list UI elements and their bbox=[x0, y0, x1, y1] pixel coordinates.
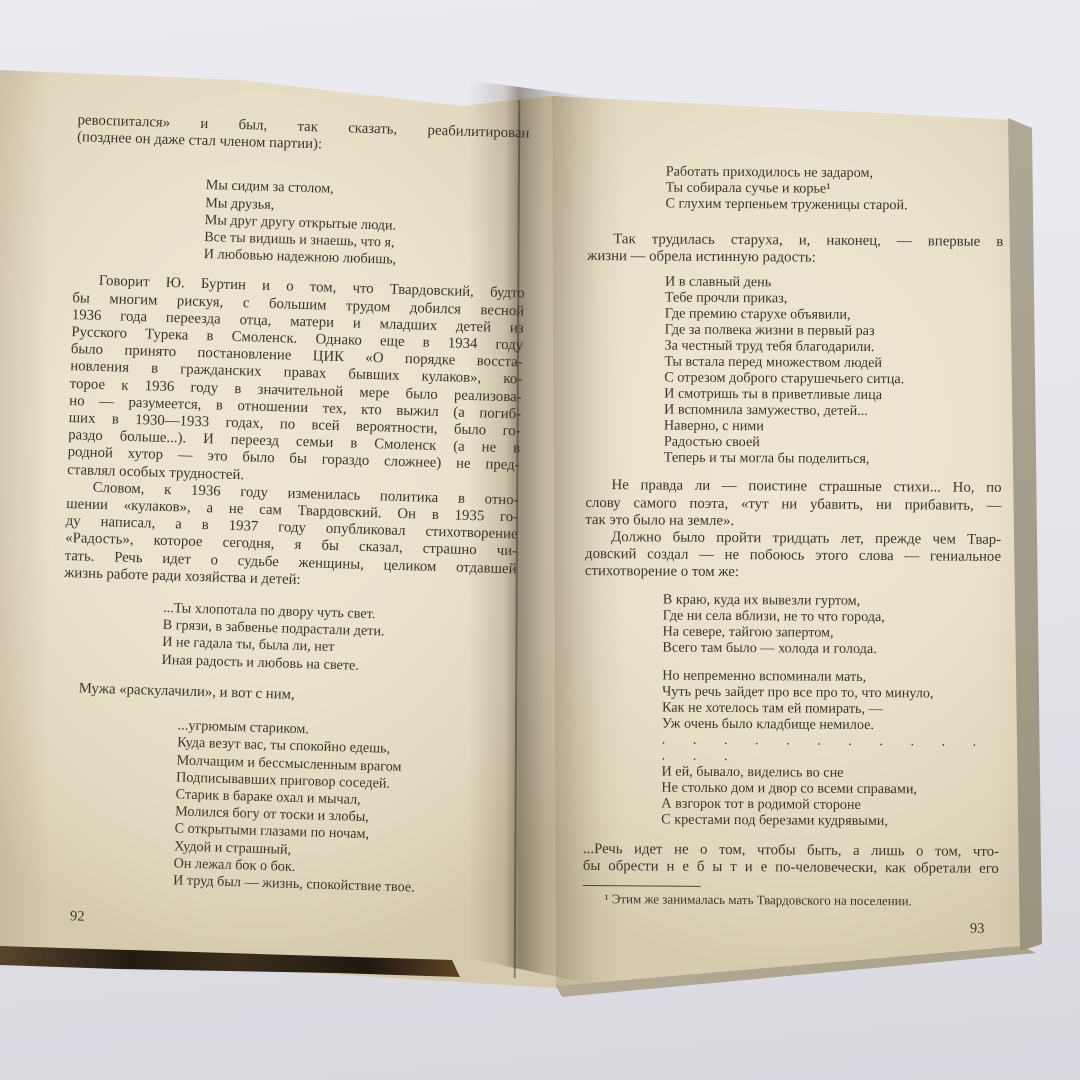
verse-line: Чуть речь зайдет про все про то, что мин… bbox=[662, 683, 1000, 701]
verse-line: Как не хотелось там ей помирать, — bbox=[662, 699, 1000, 717]
left-paragraph-2: Словом, к 1936 году изменилась политика … bbox=[64, 479, 519, 596]
right-poem-2: И в славный деньТебе прочли приказ,Где п… bbox=[664, 274, 1003, 468]
right-page-text: Работать приходилось не задаром,Ты собир… bbox=[582, 163, 1003, 938]
verse-line: Но непременно вспоминали мать, bbox=[662, 667, 1000, 685]
right-paragraph-3: Должно было пройти тридцать лет, прежде … bbox=[585, 529, 1001, 584]
verse-line: Уж очень было кладбище немилое. bbox=[662, 715, 1000, 733]
verse-line: Где ни села вблизи, не то что города, bbox=[663, 607, 1001, 625]
prose-line: бы обрести н е б ы т и е по-человечески,… bbox=[583, 858, 999, 878]
left-page-text: ревоспитался» и был, так сказать, реабил… bbox=[54, 112, 530, 938]
book-photo: ревоспитался» и был, так сказать, реабил… bbox=[0, 0, 1080, 1080]
right-page-number: 93 bbox=[582, 918, 984, 938]
verse-line: В краю, куда их вывезли гуртом, bbox=[663, 591, 1001, 609]
right-poem-3: В краю, куда их вывезли гуртом,Где ни се… bbox=[662, 591, 1000, 657]
verse-line: Всего там было — холода и голода. bbox=[662, 639, 1000, 657]
left-poem-1: Мы сидим за столом,Мы друзья,Мы друг дру… bbox=[203, 177, 527, 273]
verse-line: С крестами под березами кудрявыми, bbox=[661, 811, 999, 829]
right-paragraph-1: Так трудилась старуха, и, наконец, — впе… bbox=[587, 231, 1003, 268]
verse-line: А взгорок тот в родимой стороне bbox=[661, 795, 999, 813]
prose-line: стихотворение о том же: bbox=[585, 563, 1001, 583]
right-poem-4: Но непременно вспоминали мать,Чуть речь … bbox=[662, 667, 1000, 733]
left-poem-3: ...угрюмым стариком.Куда везут вас, ты с… bbox=[173, 718, 512, 900]
verse-line: Теперь и ты могла бы поделиться, bbox=[664, 450, 1002, 468]
prose-line: жизни — обрела истинную радость: bbox=[587, 248, 1003, 268]
right-paragraph-4: ...Речь идет не о том, чтобы быть, а лиш… bbox=[583, 841, 999, 878]
verse-line: С глухим терпеньем труженицы старой. bbox=[665, 196, 1003, 214]
left-poem-2: ...Ты хлопотала по двору чуть свет.В гря… bbox=[161, 600, 515, 679]
left-paragraph-1: Говорит Ю. Буртин и о том, что Твардовск… bbox=[67, 273, 525, 493]
verse-line: Не столько дом и двор со всеми справами, bbox=[661, 779, 999, 797]
right-poem-5: И ей, бывало, виделись во снеНе столько … bbox=[661, 763, 999, 829]
footnote-text: ¹ Этим же занималась мать Твардовского н… bbox=[583, 891, 999, 909]
verse-line: На севере, тайгою запертом, bbox=[662, 623, 1000, 641]
right-paragraph-2: Не правда ли — поистине страшные стихи..… bbox=[585, 477, 1001, 532]
verse-line: И ей, бывало, виделись во сне bbox=[661, 763, 999, 781]
footnote-rule bbox=[583, 885, 701, 887]
verse-ellipsis-line: . . . . . . . . . . . . . . bbox=[662, 731, 1000, 765]
right-poem-1: Работать приходилось не задаром,Ты собир… bbox=[665, 164, 1003, 214]
left-interline-text: Мужа «раскулачили», и вот с ним, bbox=[61, 680, 513, 711]
